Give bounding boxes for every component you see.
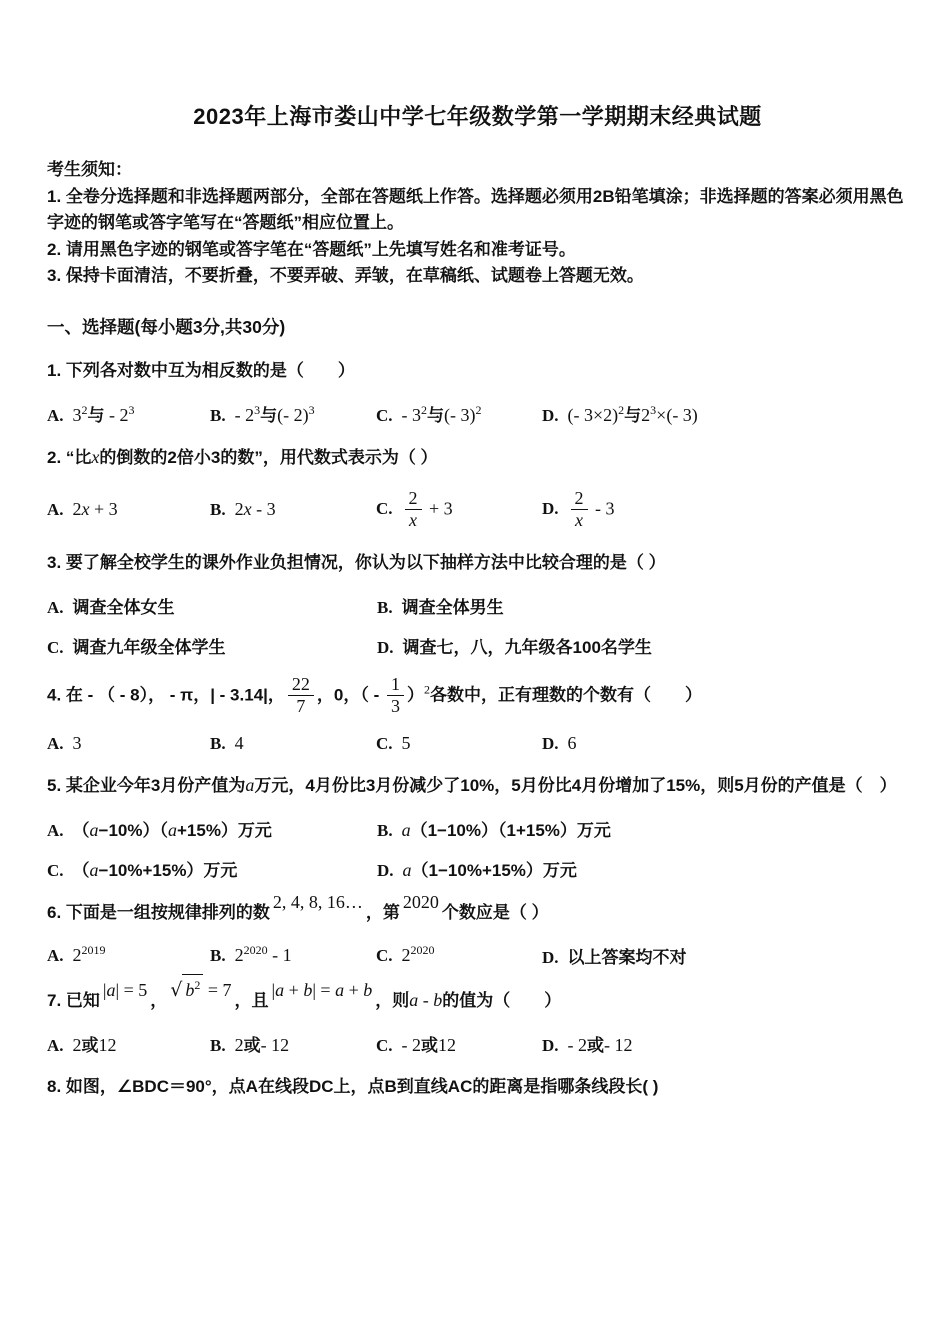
option-C: C.- 2或12 [376,1031,542,1056]
math-run: 6 [568,733,577,753]
question-6-stem: 6. 下面是一组按规律排列的数2, 4, 8, 16…，第2020个数应是（ ） [47,897,908,928]
raised-math: |a| = 5 [103,975,147,1006]
option-D: D.(- 3×2)2与23×(- 3) [542,401,908,426]
math-run: 22 [292,674,310,694]
option-B: B.22020 - 1 [210,945,376,966]
text-run: （1−10%）（1+15%）万元 [411,821,611,840]
math-run: 2 [402,945,411,965]
text-run: 6. 下面是一组按规律排列的数 [47,903,270,922]
option-label: C. [376,406,393,425]
superscript: 2020 [411,943,435,957]
math-run: 7 [296,696,305,716]
text-run: 调查七，八，九年级各100名学生 [403,638,652,657]
superscript: 2020 [244,943,268,957]
raised-math: 2020 [403,887,439,918]
option-B: B.2x - 3 [210,499,376,520]
math-run: 2 [575,488,584,508]
option-C: C.- 32与(- 3)2 [376,401,542,426]
fraction-denominator: x [571,510,588,532]
option-label: B. [210,406,226,425]
math-run: x [409,510,417,530]
math-run: - 12 [261,1035,290,1055]
math-run: |a| = 5 [103,980,147,1000]
notice-item-2: 2. 请用黑色字迹的钢笔或答字笔在“答题纸”上先填写姓名和准考证号。 [47,237,908,264]
option-D: D.a（1−10%+15%）万元 [377,856,908,881]
math-run: 1 [391,674,400,694]
text-run: 7. 已知 [47,991,100,1010]
question-5: 5. 某企业今年3月份产值为a万元，4月份比3月份减少了10%，5月份比4月份增… [47,770,908,881]
text-run: （ [73,861,90,880]
fraction-numerator: 2 [571,488,588,511]
option-label: C. [376,734,393,753]
math-run: 2, 4, 8, 16… [273,892,363,912]
text-run: ， [150,991,167,1010]
fraction: 13 [387,674,404,718]
option-label: C. [376,1036,393,1055]
fraction: 2x [571,488,588,532]
question-2-options: A.2x + 3B.2x - 3C.2x + 3D.2x - 3 [47,488,908,532]
text-run: 2. “比 [47,448,91,467]
math-run: - 3 [402,405,422,425]
text-run: 或 [82,1036,99,1055]
text-run: −10%）（ [99,821,168,840]
notice-item-1: 1. 全卷分选择题和非选择题两部分，全部在答题纸上作答。选择题必须用2B铅笔填涂… [47,184,908,237]
math-run: 2 [409,488,418,508]
option-A: A.32与 - 23 [47,401,210,426]
math-run: |a + b| = a + b [272,980,373,1000]
math-run: 3 [73,733,82,753]
text-run: 1. 下列各对数中互为相反数的是（ ） [47,361,355,380]
text-run: 与 [88,406,105,425]
question-7: 7. 已知|a| = 5，√b2 = 7，且|a + b| = a + b，则a… [47,984,908,1056]
superscript: 2 [476,403,482,417]
questions: 1. 下列各对数中互为相反数的是（ ）A.32与 - 23B.- 23与(- 2… [47,356,908,1102]
fraction-numerator: 1 [387,674,404,697]
option-B: B.调查全体男生 [377,593,908,618]
question-3: 3. 要了解全校学生的课外作业负担情况，你认为以下抽样方法中比较合理的是（ ）A… [47,548,908,658]
question-5-stem: 5. 某企业今年3月份产值为a万元，4月份比3月份减少了10%，5月份比4月份增… [47,770,908,801]
text-run: 个数应是（ ） [442,903,549,922]
option-label: B. [210,1036,226,1055]
math-run: - 3 [591,498,615,518]
text-run: 8. 如图，∠BDC＝90°，点A在线段DC上，点B到直线AC的距离是指哪条线段… [47,1077,658,1096]
question-2-stem: 2. “比x的倒数的2倍小3的数”，用代数式表示为（ ） [47,442,908,473]
option-C: C.（a−10%+15%）万元 [47,856,377,881]
question-1-options: A.32与 - 23B.- 23与(- 2)3C.- 32与(- 3)2D.(-… [47,401,908,426]
math-run: a [90,820,99,840]
option-label: D. [542,406,559,425]
question-2: 2. “比x的倒数的2倍小3的数”，用代数式表示为（ ）A.2x + 3B.2x… [47,442,908,532]
math-run: a [168,820,177,840]
raised-math: 2, 4, 8, 16… [273,887,363,918]
section-heading: 一、选择题(每小题3分,共30分) [47,314,908,340]
option-label: C. [47,861,64,880]
option-label: B. [210,500,226,519]
question-1-stem: 1. 下列各对数中互为相反数的是（ ） [47,356,908,386]
question-1: 1. 下列各对数中互为相反数的是（ ）A.32与 - 23B.- 23与(- 2… [47,356,908,426]
math-run: - 2 [568,1035,588,1055]
option-label: A. [47,1036,64,1055]
math-run: x [575,510,583,530]
text-run: ） [407,685,424,704]
option-D: D.调查七，八，九年级各100名学生 [377,633,908,658]
radical-sign: √ [170,979,182,1001]
option-D: D.6 [542,733,908,754]
math-run: 4 [235,733,244,753]
option-label: A. [47,598,64,617]
option-C: C.调查九年级全体学生 [47,633,377,658]
superscript: 3 [129,403,135,417]
math-run: 2 [73,945,82,965]
option-label: A. [47,734,64,753]
text-run: 以上答案均不对 [568,948,687,967]
option-C: C.22020 [376,945,542,966]
text-run: 的倒数的2倍小3的数”，用代数式表示为（ ） [99,448,437,467]
question-5-options: A.（a−10%）（a+15%）万元B.a（1−10%）（1+15%）万元C.（… [47,816,908,881]
raised-math: |a + b| = a + b [272,975,373,1006]
option-A: A.2x + 3 [47,499,210,520]
option-A: A.22019 [47,945,210,966]
math-run: a [402,820,411,840]
text-run: ，且 [235,991,269,1010]
option-D: D.以上答案均不对 [542,943,908,968]
option-label: C. [47,638,64,657]
text-run: −10%+15%）万元 [99,861,238,880]
notice-heading: 考生须知： [47,157,908,184]
text-run: ，则 [375,991,409,1010]
question-8: 8. 如图，∠BDC＝90°，点A在线段DC上，点B到直线AC的距离是指哪条线段… [47,1072,908,1102]
text-run: 万元，4月份比3月份减少了10%，5月份比4月份增加了15%，则5月份的产值是（… [254,776,896,795]
notice-item-3: 3. 保持卡面清洁，不要折叠，不要弄破、弄皱，在草稿纸、试题卷上答题无效。 [47,263,908,290]
raised-math: √b2 = 7 [170,974,231,1006]
question-6-options: A.22019B.22020 - 1C.22020D.以上答案均不对 [47,943,908,968]
option-A: A.3 [47,733,210,754]
math-run: (- 3) [444,405,475,425]
option-B: B.4 [210,733,376,754]
option-label: D. [377,638,394,657]
text-run: 或 [421,1036,438,1055]
option-D: D.2x - 3 [542,488,908,532]
question-8-stem: 8. 如图，∠BDC＝90°，点A在线段DC上，点B到直线AC的距离是指哪条线段… [47,1072,908,1102]
text-run: 或 [587,1036,604,1055]
question-6: 6. 下面是一组按规律排列的数2, 4, 8, 16…，第2020个数应是（ ）… [47,897,908,968]
superscript: 2 [194,978,200,992]
math-run: 3 [73,405,82,425]
radicand: b2 [182,974,203,1006]
fraction-denominator: 7 [288,696,314,718]
candidate-notice: 考生须知： 1. 全卷分选择题和非选择题两部分，全部在答题纸上作答。选择题必须用… [47,157,908,290]
option-A: A.2或12 [47,1031,210,1056]
question-3-stem: 3. 要了解全校学生的课外作业负担情况，你认为以下抽样方法中比较合理的是（ ） [47,548,908,578]
math-run: a [245,775,254,795]
math-run: a - b [409,990,442,1010]
text-run: 与 [624,406,641,425]
option-B: B.- 23与(- 2)3 [210,401,376,426]
math-run: 2020 [403,892,439,912]
fraction-numerator: 2 [405,488,422,511]
option-label: D. [377,861,394,880]
option-C: C.2x + 3 [376,488,542,532]
math-run: + 3 [425,498,453,518]
option-B: B.2或- 12 [210,1031,376,1056]
option-D: D.- 2或- 12 [542,1031,908,1056]
question-4-options: A.3B.4C.5D.6 [47,733,908,754]
superscript: 2019 [82,943,106,957]
option-label: D. [542,499,559,518]
math-run: (- 3×2) [568,405,619,425]
math-run: 2 [73,1035,82,1055]
question-7-stem: 7. 已知|a| = 5，√b2 = 7，且|a + b| = a + b，则a… [47,984,908,1016]
option-C: C.5 [376,733,542,754]
option-label: B. [210,946,226,965]
question-4: 4. 在 - （ - 8）， - π，| - 3.14|，227，0，（ - 1… [47,674,908,754]
math-run: - 12 [604,1035,633,1055]
text-run: 调查全体女生 [73,598,175,617]
option-label: A. [47,500,64,519]
math-run: - 2 [402,1035,422,1055]
math-run: 2 [641,405,650,425]
question-4-stem: 4. 在 - （ - 8）， - π，| - 3.14|，227，0，（ - 1… [47,674,908,718]
exam-title: 2023年上海市娄山中学七年级数学第一学期期末经典试题 [47,100,908,131]
fraction-denominator: x [405,510,422,532]
text-run: 5. 某企业今年3月份产值为 [47,776,245,795]
math-run: ×(- 3) [656,405,698,425]
text-run: （1−10%+15%）万元 [412,861,577,880]
option-label: A. [47,946,64,965]
text-run: 与 [427,406,444,425]
text-run: +15%）万元 [177,821,272,840]
math-run: (- 2) [277,405,308,425]
text-run: 或 [244,1036,261,1055]
text-run: 调查全体男生 [402,598,504,617]
fraction: 227 [288,674,314,718]
math-run: - 1 [268,945,292,965]
option-A: A.（a−10%）（a+15%）万元 [47,816,377,841]
math-run: 3 [391,696,400,716]
option-A: A.调查全体女生 [47,593,377,618]
option-label: A. [47,406,64,425]
option-label: D. [542,948,559,967]
option-label: C. [376,499,393,518]
math-run: - 2 [105,405,129,425]
text-run: 调查九年级全体学生 [73,638,226,657]
math-run: 2 [235,1035,244,1055]
text-run: 3. 要了解全校学生的课外作业负担情况，你认为以下抽样方法中比较合理的是（ ） [47,553,666,572]
math-run: 5 [402,733,411,753]
option-label: B. [377,821,393,840]
text-run: ，第 [366,903,400,922]
math-run: 2x - 3 [235,499,276,519]
text-run: 各数中，正有理数的个数有（ ） [430,685,702,704]
option-B: B.a（1−10%）（1+15%）万元 [377,816,908,841]
text-run: （ [73,821,90,840]
question-7-options: A.2或12B.2或- 12C.- 2或12D.- 2或- 12 [47,1031,908,1056]
option-label: D. [542,1036,559,1055]
math-run: 2x + 3 [73,499,118,519]
square-root: √b2 [170,981,203,1000]
text-run: 与 [260,406,277,425]
fraction-denominator: 3 [387,696,404,718]
option-label: B. [377,598,393,617]
exam-page: 2023年上海市娄山中学七年级数学第一学期期末经典试题 考生须知： 1. 全卷分… [0,0,950,1344]
math-run: = 7 [203,980,231,1000]
option-label: B. [210,734,226,753]
option-label: A. [47,821,64,840]
fraction: 2x [405,488,422,532]
fraction-numerator: 22 [288,674,314,697]
option-label: C. [376,946,393,965]
text-run: 4. 在 - （ - 8）， - π，| - 3.14|， [47,685,285,704]
math-run: - 2 [235,405,255,425]
math-run: 2 [235,945,244,965]
text-run: ，0，（ - [317,685,384,704]
math-run: a [90,860,99,880]
math-run: a [403,860,412,880]
math-run: 12 [99,1035,117,1055]
question-3-options: A.调查全体女生B.调查全体男生C.调查九年级全体学生D.调查七，八，九年级各1… [47,593,908,658]
option-label: D. [542,734,559,753]
math-run: 12 [438,1035,456,1055]
superscript: 3 [309,403,315,417]
text-run: 的值为（ ） [442,991,561,1010]
